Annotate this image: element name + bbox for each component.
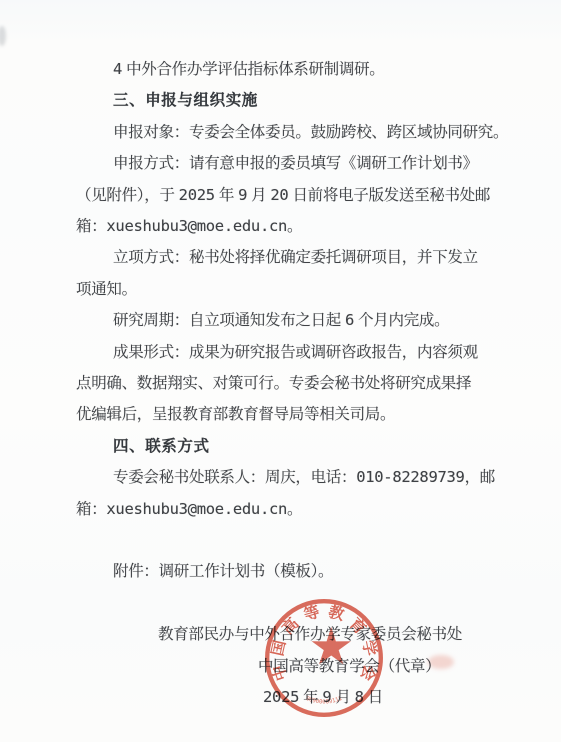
star-icon <box>312 627 351 664</box>
body-line: 成果形式：成果为研究报告或调研咨政报告，内容须观 <box>76 337 506 368</box>
body-line: 4 中外合作办学评估指标体系研制调研。 <box>76 54 506 85</box>
official-seal: 中国高等教育学会 00900009111 <box>263 595 385 721</box>
section-heading-3: 三、申报与组织实施 <box>76 85 506 116</box>
body-line: 优编辑后，呈报教育部教育督导局等相关司局。 <box>76 399 506 430</box>
body-line: 点明确、数据翔实、对策可行。专委会秘书处将研究成果择 <box>76 368 506 399</box>
seal-ink-smudge <box>428 655 454 669</box>
svg-text:00900009111: 00900009111 <box>305 696 344 706</box>
seal-serial-number: 00900009111 <box>305 696 344 706</box>
scan-artifact <box>0 26 6 46</box>
body-line: 申报对象：专委会全体委员。鼓励跨校、跨区域协同研究。 <box>76 117 506 148</box>
body-line: 申报方式：请有意申报的委员填写《调研工作计划书》 <box>76 148 506 179</box>
body-line: 项通知。 <box>76 274 506 305</box>
attachment-line: 附件：调研工作计划书（模板）。 <box>76 556 506 587</box>
body-line-email: 箱：xueshubu3@moe.edu.cn。 <box>76 211 506 242</box>
body-line: 立项方式：秘书处将择优确定委托调研项目，并下发立 <box>76 242 506 273</box>
document-page: 4 中外合作办学评估指标体系研制调研。 三、申报与组织实施 申报对象：专委会全体… <box>0 0 561 742</box>
body-line-email: 箱：xueshubu3@moe.edu.cn。 <box>76 494 506 525</box>
section-heading-4: 四、联系方式 <box>76 431 506 462</box>
body-line-contact: 专委会秘书处联系人：周庆，电话：010-82289739，邮 <box>76 462 506 493</box>
body-line: （见附件），于 2025 年 9 月 20 日前将电子版发送至秘书处邮 <box>76 180 506 211</box>
body-line: 研究周期：自立项通知发布之日起 6 个月内完成。 <box>76 305 506 336</box>
